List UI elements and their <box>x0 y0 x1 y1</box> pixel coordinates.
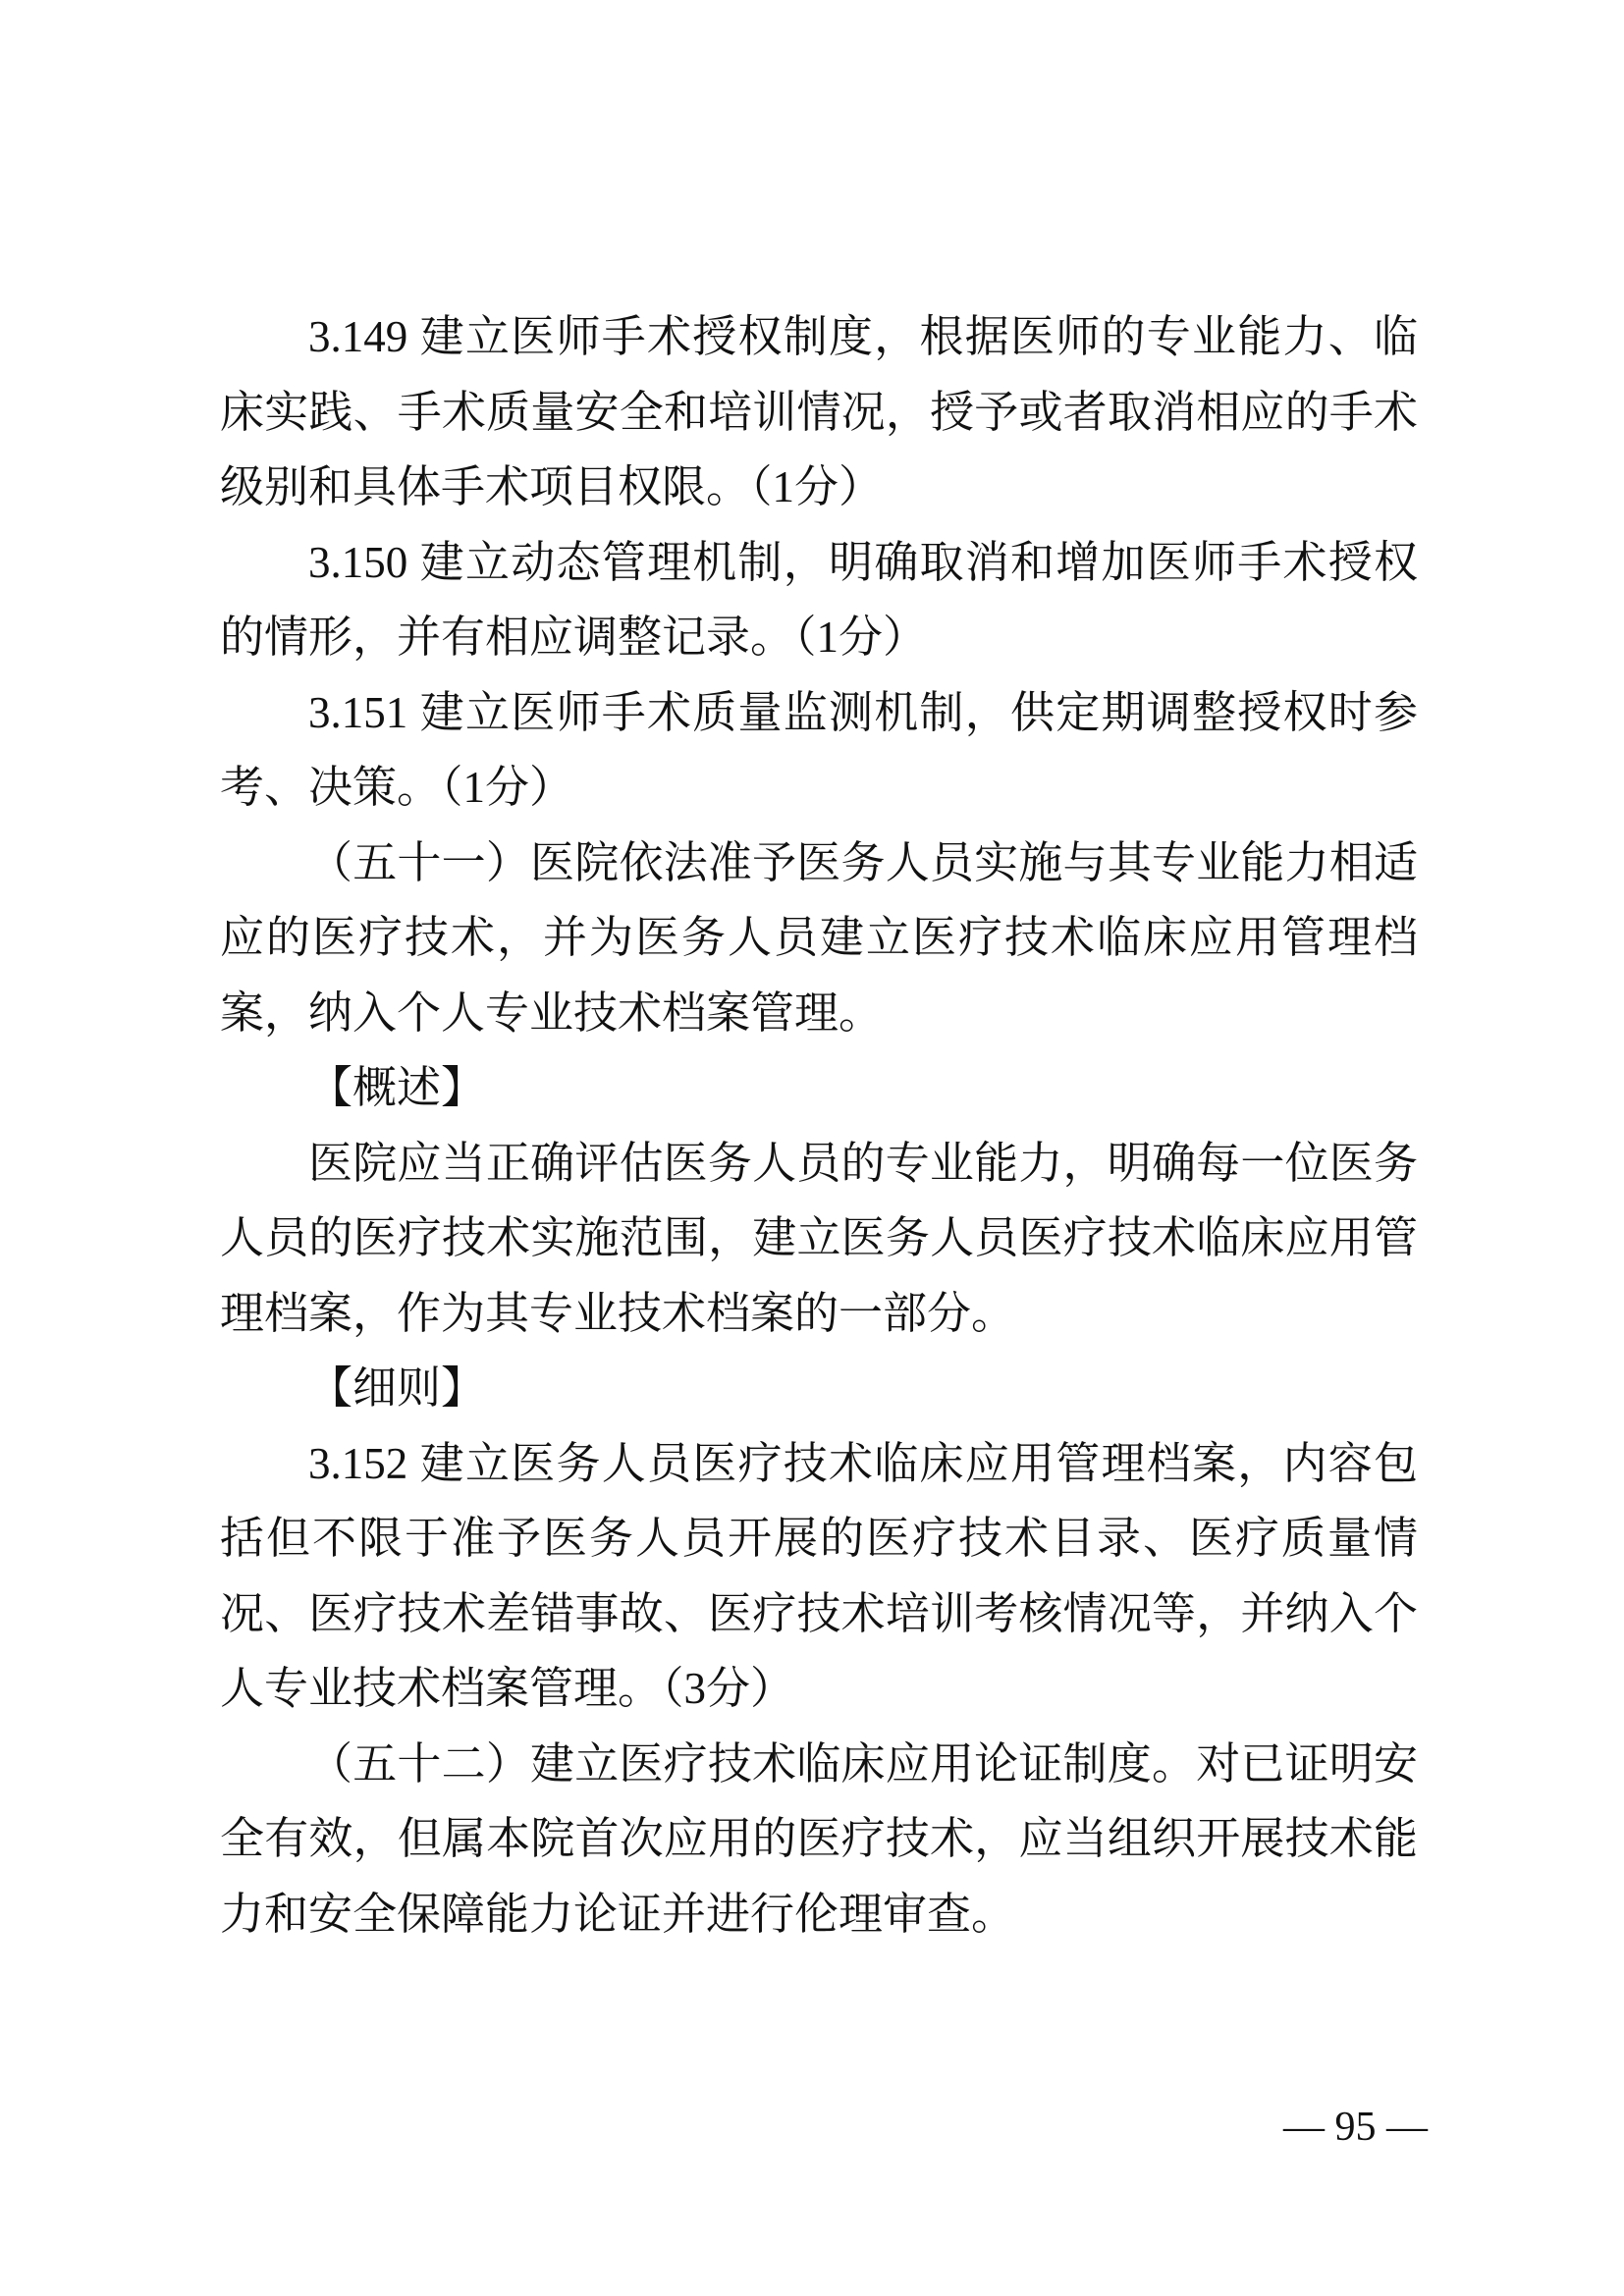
paragraph-overview-heading: 【概述】 <box>220 1050 1418 1126</box>
paragraph-item-3-151: 3.151 建立医师手术质量监测机制，供定期调整授权时参考、决策。（1分） <box>220 675 1418 826</box>
paragraph-rules-heading: 【细则】 <box>220 1351 1418 1426</box>
paragraph-item-3-152: 3.152 建立医务人员医疗技术临床应用管理档案，内容包括但不限于准予医务人员开… <box>220 1426 1418 1727</box>
paragraph-item-3-150: 3.150 建立动态管理机制，明确取消和增加医师手术授权的情形，并有相应调整记录… <box>220 525 1418 675</box>
paragraph-item-3-149: 3.149 建立医师手术授权制度，根据医师的专业能力、临床实践、手术质量安全和培… <box>220 299 1418 525</box>
page-number: — 95 — <box>1283 2097 1428 2158</box>
document-page: 3.149 建立医师手术授权制度，根据医师的专业能力、临床实践、手术质量安全和培… <box>0 0 1624 2296</box>
paragraph-section-51: （五十一）医院依法准予医务人员实施与其专业能力相适应的医疗技术，并为医务人员建立… <box>220 826 1418 1051</box>
document-body: 3.149 建立医师手术授权制度，根据医师的专业能力、临床实践、手术质量安全和培… <box>220 299 1418 1951</box>
paragraph-section-52: （五十二）建立医疗技术临床应用论证制度。对已证明安全有效，但属本院首次应用的医疗… <box>220 1727 1418 1952</box>
paragraph-overview-body: 医院应当正确评估医务人员的专业能力，明确每一位医务人员的医疗技术实施范围，建立医… <box>220 1126 1418 1352</box>
